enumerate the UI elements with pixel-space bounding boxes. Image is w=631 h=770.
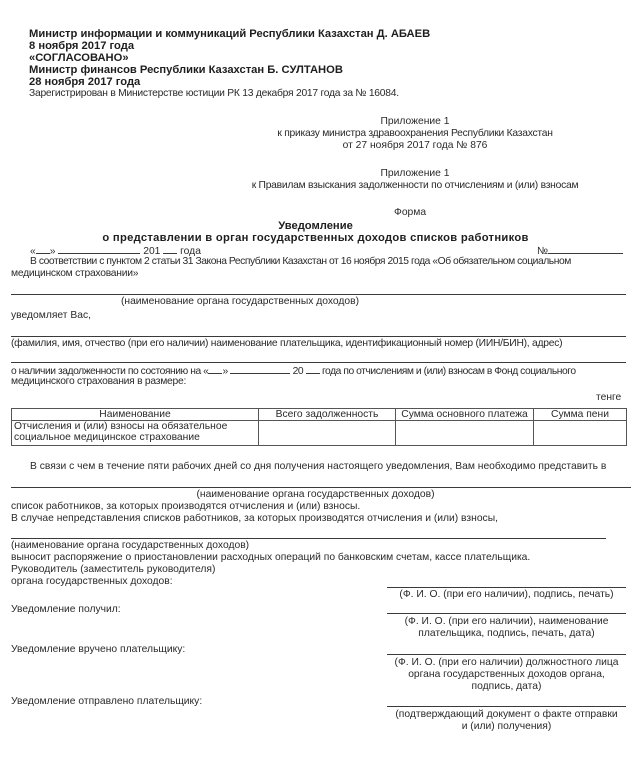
appendix-1-title: Приложение 1 xyxy=(200,116,630,128)
handed-caption-1: (Ф. И. О. (при его наличии) должностного… xyxy=(387,657,626,669)
month-field[interactable] xyxy=(58,244,140,254)
received-caption-2: плательщика, подпись, печать, дата) xyxy=(387,628,626,640)
currency-label: тенге xyxy=(596,392,621,404)
cell-total[interactable] xyxy=(259,421,396,446)
sent-signature-line[interactable] xyxy=(387,706,626,707)
head-label-2: органа государственных доходов: xyxy=(11,576,173,588)
revenue-body-line-3[interactable] xyxy=(11,538,606,539)
cell-principal[interactable] xyxy=(396,421,534,446)
handed-signature-line[interactable] xyxy=(387,654,626,655)
cell-penalty[interactable] xyxy=(534,421,627,446)
day-field[interactable] xyxy=(36,244,50,254)
debt-year-field[interactable] xyxy=(306,364,320,374)
caption-revenue-body-2: (наименование органа государственных дох… xyxy=(0,489,631,501)
appendix-1-date: от 27 ноября 2017 года № 876 xyxy=(200,140,630,152)
appendix-1-order: к приказу министра здравоохранения Респу… xyxy=(200,128,630,140)
payer-line-2[interactable] xyxy=(11,362,626,363)
order-line: выносит распоряжение о приостановлении р… xyxy=(11,552,530,564)
number-field[interactable] xyxy=(548,244,623,254)
debt-day-field[interactable] xyxy=(208,364,222,374)
table-header-row: Наименование Всего задолженность Сумма о… xyxy=(12,409,627,421)
handed-caption-2: органа государственных доходов органа, xyxy=(387,669,626,681)
col-header-name: Наименование xyxy=(12,409,259,421)
appendix-2-title: Приложение 1 xyxy=(200,168,630,180)
notifies-text: уведомляет Вас, xyxy=(11,310,91,322)
caption-payer: (фамилия, имя, отчество (при его наличии… xyxy=(11,338,562,350)
debt-text-d: года по отчислениям и (или) взносам в Фо… xyxy=(322,366,576,377)
sent-caption-2: и (или) получения) xyxy=(387,721,626,733)
form-label: Форма xyxy=(394,207,426,219)
year-field[interactable] xyxy=(163,244,177,254)
table-row: Отчисления и (или) взносы на обязательно… xyxy=(12,421,627,446)
caption-revenue-body-3: (наименование органа государственных дох… xyxy=(11,540,249,552)
sent-label: Уведомление отправлено плательщику: xyxy=(11,696,202,708)
handed-label: Уведомление вручено плательщику: xyxy=(11,644,185,656)
head-signature-line[interactable] xyxy=(387,587,626,588)
debt-text-c: 20 xyxy=(293,366,304,377)
col-header-principal: Сумма основного платежа xyxy=(396,409,534,421)
revenue-body-line-2[interactable] xyxy=(11,487,631,488)
col-header-penalty: Сумма пени xyxy=(534,409,627,421)
list-line: список работников, за которых производят… xyxy=(11,501,360,513)
registration-note: Зарегистрирован в Министерстве юстиции Р… xyxy=(29,88,399,100)
caption-revenue-body: (наименование органа государственных дох… xyxy=(0,296,480,308)
handed-caption-3: подпись, дата) xyxy=(387,681,626,693)
head-label-1: Руководитель (заместитель руководителя) xyxy=(11,564,215,576)
received-signature-line[interactable] xyxy=(387,613,626,614)
debt-line-2: медицинского страхования в размере: xyxy=(11,376,186,388)
approval-date-2: 28 ноября 2017 года xyxy=(29,76,140,88)
sent-caption-1: (подтверждающий документ о факте отправк… xyxy=(387,709,626,721)
head-caption: (Ф. И. О. (при его наличии), подпись, пе… xyxy=(387,589,626,601)
approval-minister-info: Министр информации и коммуникаций Респуб… xyxy=(29,28,430,40)
failure-line: В случае непредставления списков работни… xyxy=(11,513,498,525)
received-caption-1: (Ф. И. О. (при его наличии), наименовани… xyxy=(387,616,626,628)
form-subtitle: о представлении в орган государственных … xyxy=(0,232,631,244)
para-submit: В связи с чем в течение пяти рабочих дне… xyxy=(30,461,606,473)
agreed-label: «СОГЛАСОВАНО» xyxy=(29,52,129,64)
appendix-2-rules: к Правилам взыскания задолженности по от… xyxy=(200,180,630,192)
cell-name: Отчисления и (или) взносы на обязательно… xyxy=(12,421,259,446)
approval-minister-finance: Министр финансов Республики Казахстан Б.… xyxy=(29,64,343,76)
intro-line-1: В соответствии с пунктом 2 статьи 31 Зак… xyxy=(30,256,571,268)
form-title: Уведомление xyxy=(0,220,631,232)
revenue-body-line[interactable] xyxy=(11,294,626,295)
debt-text-b: » xyxy=(222,366,227,377)
col-header-total: Всего задолженность xyxy=(259,409,396,421)
debt-table: Наименование Всего задолженность Сумма о… xyxy=(11,408,627,446)
approval-date-1: 8 ноября 2017 года xyxy=(29,40,134,52)
debt-month-field[interactable] xyxy=(230,364,290,374)
intro-line-2: медицинском страховании» xyxy=(11,268,138,280)
received-label: Уведомление получил: xyxy=(11,604,121,616)
payer-line[interactable] xyxy=(11,336,626,337)
